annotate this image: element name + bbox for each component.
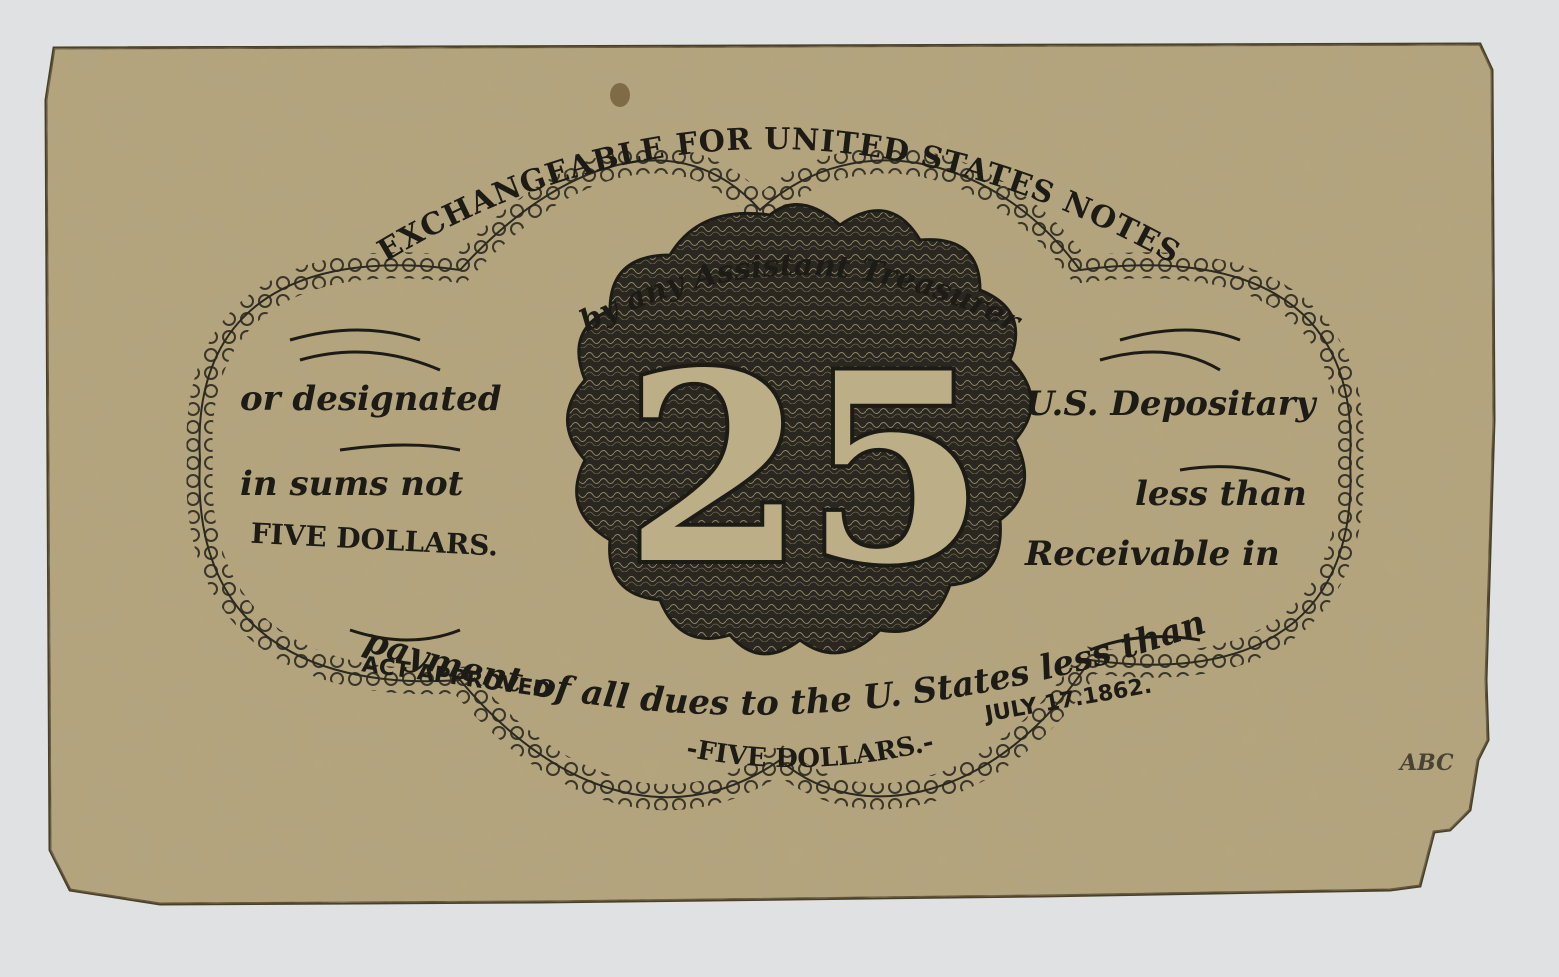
stain bbox=[610, 83, 630, 107]
banknote: 25 EXCHANGEABLE FOR UNITED STATES NOTES … bbox=[40, 40, 1508, 923]
denomination: 25 bbox=[624, 317, 986, 622]
left-line-1: or designated bbox=[240, 379, 502, 419]
plate-mark: ABC bbox=[1398, 750, 1454, 776]
right-line-2: less than bbox=[1135, 474, 1307, 514]
right-line-3: Receivable in bbox=[1024, 534, 1280, 574]
left-line-2: in sums not bbox=[240, 464, 464, 504]
right-line-1: U.S. Depositary bbox=[1025, 384, 1318, 424]
